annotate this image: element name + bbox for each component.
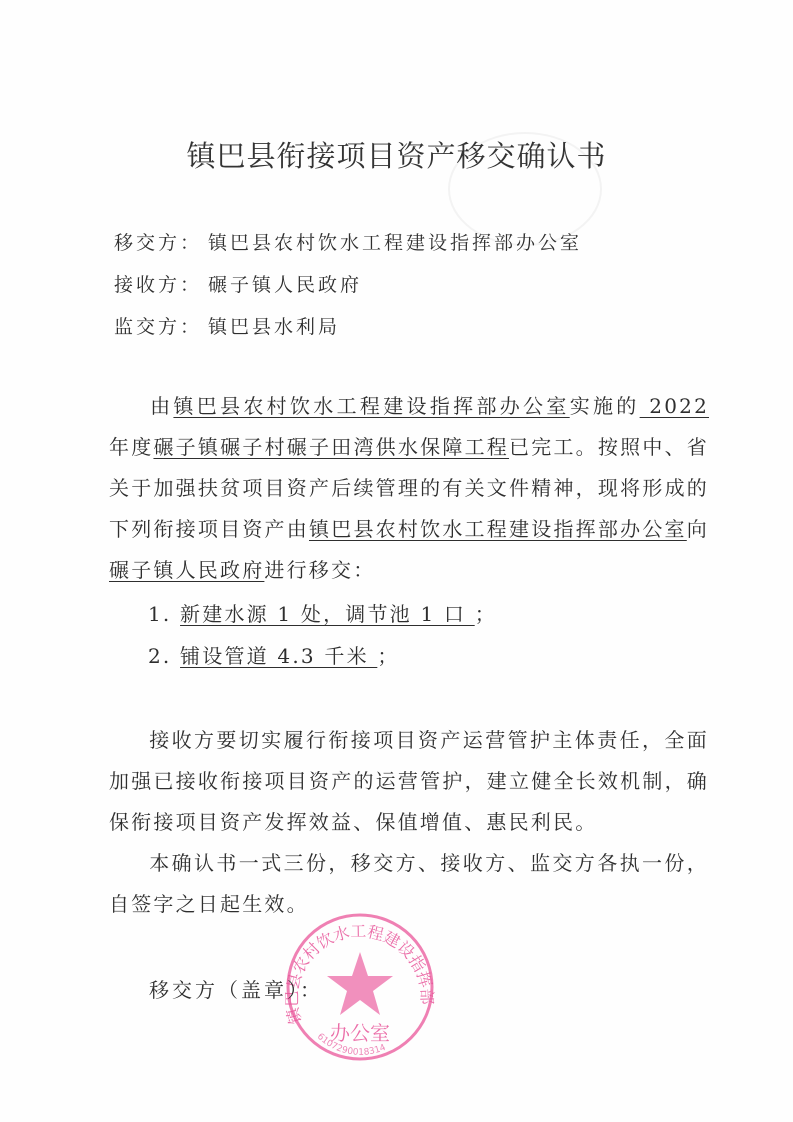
paragraph-responsibility: 接收方要切实履行衔接项目资产运营管护主体责任，全面加强已接收衔接项目资产的运营管… bbox=[109, 720, 709, 843]
asset-item-2: 2. 铺设管道 4.3 千米 ； bbox=[148, 640, 400, 669]
party-value: 镇巴县水利局 bbox=[208, 312, 340, 339]
party-label: 监交方： bbox=[114, 312, 202, 339]
text-segment: 向 bbox=[687, 517, 709, 541]
text-segment: 由 bbox=[149, 394, 173, 418]
party-label: 接收方： bbox=[114, 270, 202, 297]
text-segment: 接收方要切实履行衔接项目资产运营管护主体责任，全面加强已接收衔接项目资产的运营管… bbox=[109, 728, 709, 834]
item-number: 2. bbox=[148, 644, 171, 668]
asset-item-1: 1. 新建水源 1 处，调节池 1 口 ； bbox=[148, 598, 497, 627]
signature-label: 移交方（盖章）： bbox=[149, 974, 323, 1003]
party-value: 碾子镇人民政府 bbox=[208, 270, 362, 297]
item-text: 铺设管道 4.3 千米 bbox=[180, 644, 377, 668]
item-text: 新建水源 1 处，调节池 1 口 bbox=[180, 602, 475, 626]
svg-text:办公室: 办公室 bbox=[330, 1021, 390, 1045]
underlined-transferor: 镇巴县农村饮水工程建设指挥部办公室 bbox=[173, 394, 569, 418]
document-title: 镇巴县衔接项目资产移交确认书 bbox=[0, 134, 793, 175]
party-label: 移交方： bbox=[114, 228, 202, 255]
party-supervisor: 监交方：镇巴县水利局 bbox=[114, 312, 340, 339]
document-page: 镇巴县衔接项目资产移交确认书 移交方：镇巴县农村饮水工程建设指挥部办公室 接收方… bbox=[0, 0, 793, 1122]
item-number: 1. bbox=[148, 602, 171, 626]
party-value: 镇巴县农村饮水工程建设指挥部办公室 bbox=[208, 228, 582, 255]
paragraph-transfer: 由镇巴县农村饮水工程建设指挥部办公室实施的 2022 年度碾子镇碾子村碾子田湾供… bbox=[109, 386, 709, 591]
underlined-project-name: 碾子镇碾子村碾子田湾供水保障工程 bbox=[153, 435, 509, 459]
underlined-year: 2022 bbox=[640, 394, 709, 418]
item-end: ； bbox=[377, 644, 399, 668]
text-segment: 进行移交： bbox=[264, 558, 375, 582]
text-segment: 实施的 bbox=[570, 394, 640, 418]
party-receiver: 接收方：碾子镇人民政府 bbox=[114, 270, 362, 297]
text-segment: 本确认书一式三份，移交方、接收方、监交方各执一份，自签字之日起生效。 bbox=[109, 851, 709, 916]
text-segment: 年度 bbox=[109, 435, 153, 459]
item-end: ； bbox=[475, 602, 497, 626]
underlined-transferor: 镇巴县农村饮水工程建设指挥部办公室 bbox=[309, 517, 687, 541]
party-transferor: 移交方：镇巴县农村饮水工程建设指挥部办公室 bbox=[114, 228, 582, 255]
underlined-receiver: 碾子镇人民政府 bbox=[109, 558, 264, 582]
